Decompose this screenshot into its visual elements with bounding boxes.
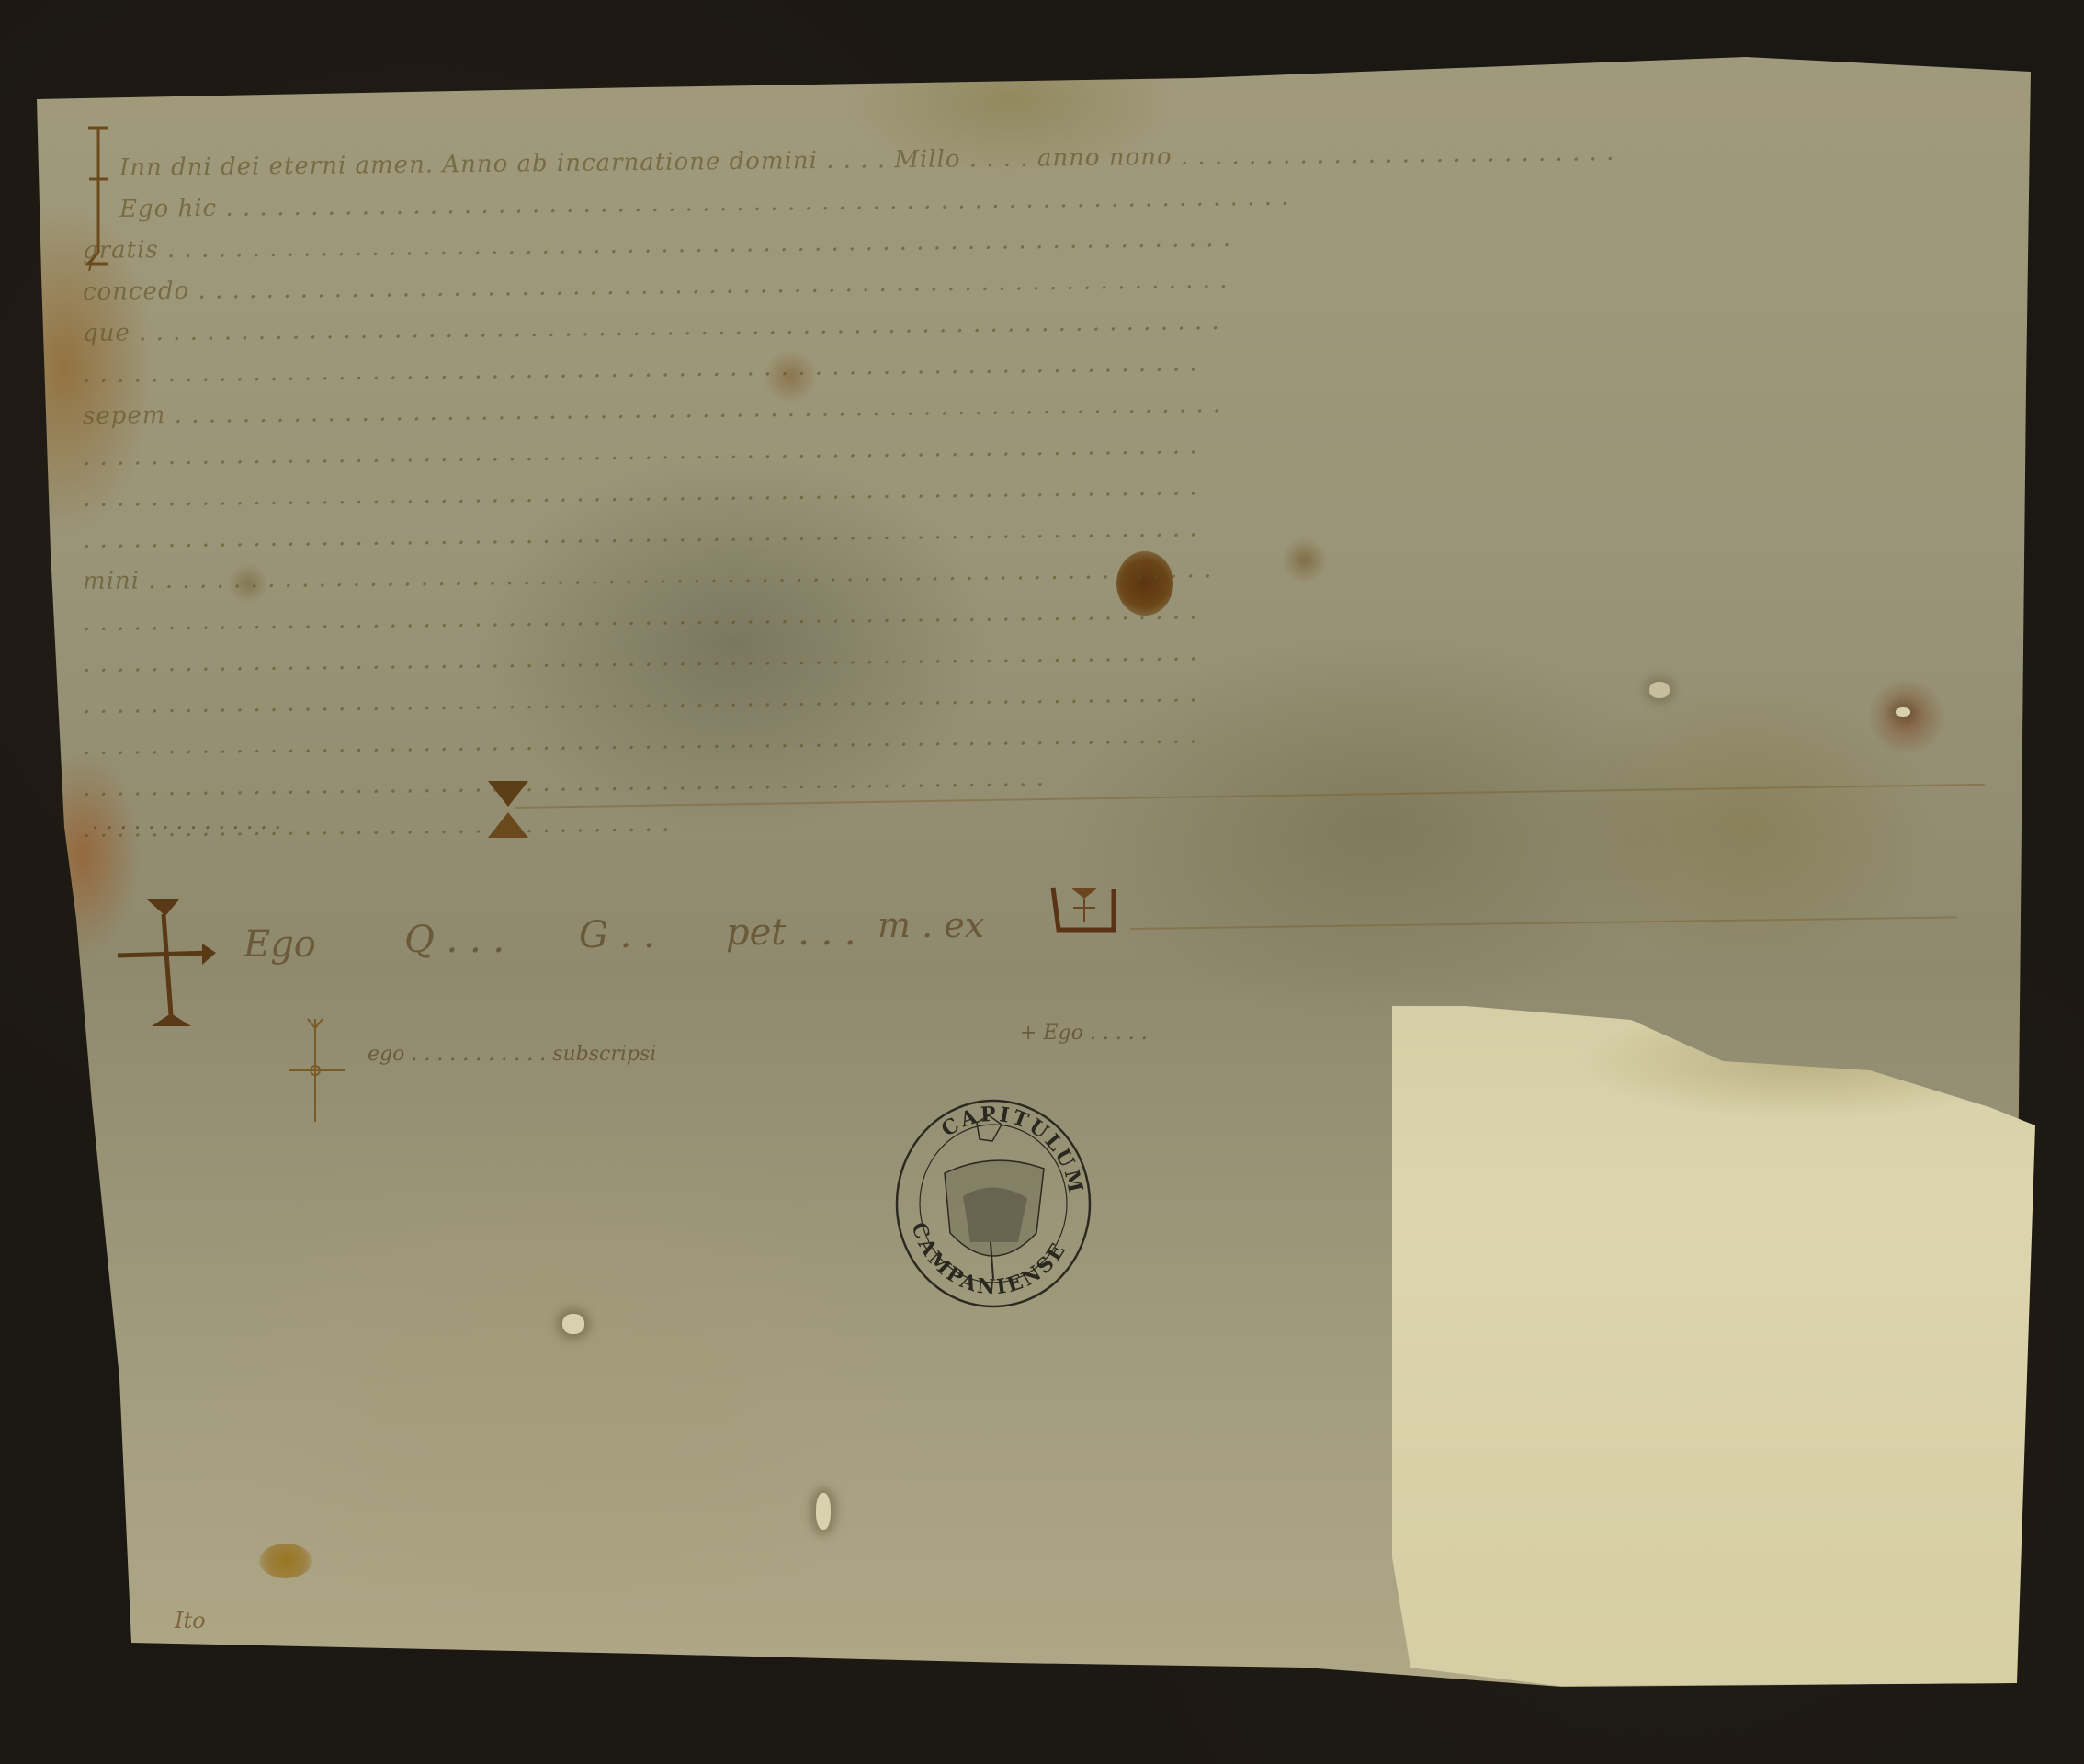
subscription-g: G . .: [579, 914, 655, 956]
cross-signum-icon: [110, 896, 230, 1029]
signum-text: . . . . . . . . . . . . . .: [92, 808, 281, 834]
subscription-line-right: + Ego . . . . .: [1020, 1022, 1148, 1045]
subscription-line-left: ego . . . . . . . . . . . subscripsi: [368, 1043, 656, 1066]
ochre-stain: [259, 1543, 312, 1578]
monogram-seal-icon: [1048, 882, 1121, 937]
signum-hourglass-icon: [485, 779, 531, 840]
subscription-pet: pet . . .: [726, 911, 856, 954]
document-scan: Inn dni dei eterni amen. Anno ab incarna…: [0, 0, 2084, 1764]
parchment-hole: [816, 1493, 831, 1530]
archive-stamp-icon: CAPITULUM CAMPANIENSE: [889, 1095, 1097, 1312]
small-cross-signum-icon: [280, 1015, 354, 1125]
subscription-ego: Ego: [244, 923, 316, 966]
repair-patch: [1392, 1006, 2035, 1686]
parchment-hole: [562, 1314, 584, 1334]
subscription-mex: m . ex: [878, 905, 984, 945]
subscription-q: Q . . .: [404, 919, 504, 961]
shelf-mark: Ito: [175, 1608, 206, 1634]
